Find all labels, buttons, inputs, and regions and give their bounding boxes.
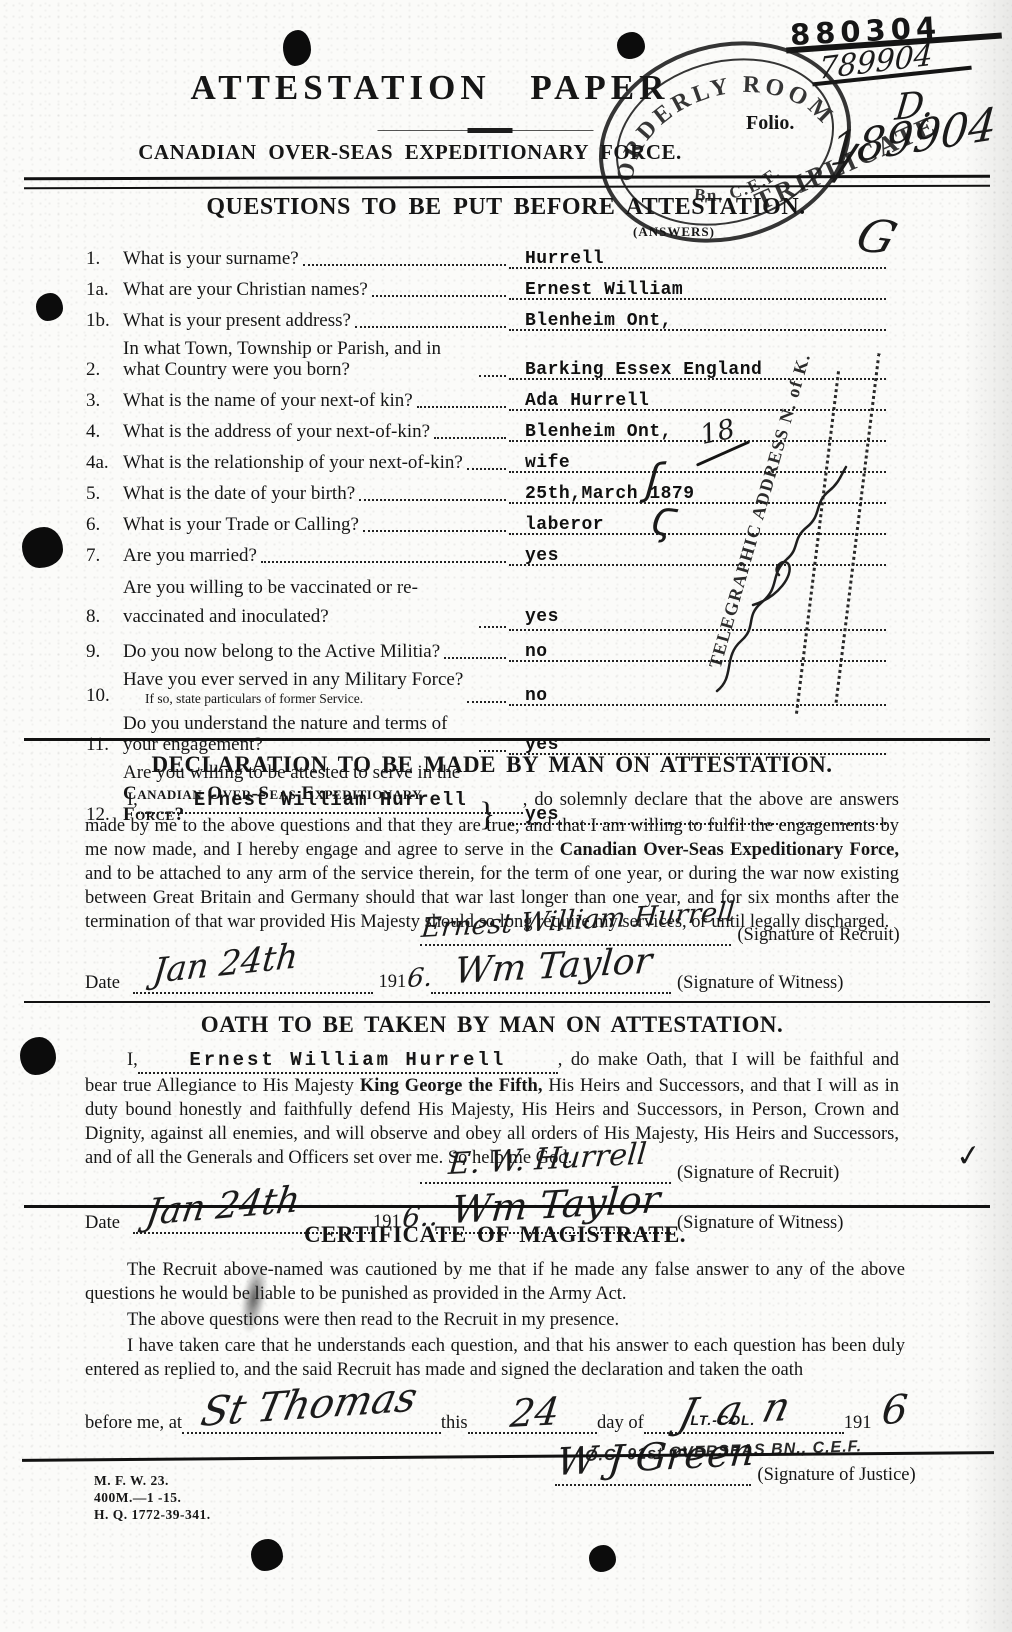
question-text: Are you married?: [123, 545, 257, 566]
answer-text: yes: [525, 546, 559, 567]
question-text: Do you now belong to the Active Militia?: [123, 641, 440, 662]
date-label: Date: [85, 973, 133, 994]
question-row: 1. What is your surname? Hurrell: [84, 245, 886, 269]
question-text: What is your present address?: [123, 310, 351, 331]
ink-blob: [283, 30, 311, 66]
form-code: 400M.—1 -15.: [94, 1489, 211, 1506]
answer-text: no: [525, 686, 548, 707]
answer-text: Blenheim Ont,: [525, 422, 672, 443]
day-handwritten: 24: [508, 1389, 562, 1436]
section-rule: [24, 1205, 990, 1208]
justice-signature-label: (Signature of Justice): [751, 1465, 979, 1486]
question-number: 9.: [84, 641, 123, 662]
form-code: H. Q. 1772-39-341.: [94, 1506, 211, 1523]
dotted-leader: [355, 326, 506, 328]
lead-in: I,: [85, 1050, 138, 1070]
dotted-leader: [359, 499, 506, 501]
check-mark: ✓: [954, 1138, 983, 1175]
svg-text:ORDERLY ROOM: ORDERLY ROOM: [592, 45, 843, 190]
recruit-typed-name: Ernest William Hurrell: [138, 1048, 558, 1074]
question-text: What are your Christian names?: [123, 279, 368, 300]
question-text: Have you ever served in any Military For…: [123, 669, 463, 706]
dotted-leader: [479, 375, 506, 377]
question-row: 2. In what Town, Township or Parish, and…: [84, 338, 886, 380]
question-text: Do you understand the nature and terms o…: [123, 713, 475, 755]
question-number: 1a.: [84, 279, 123, 300]
dotted-leader: [444, 657, 506, 659]
ink-blob: [617, 32, 645, 59]
declaration-body-bold: Canadian Over-Seas Expeditionary Force,: [560, 840, 899, 860]
ink-blob: [20, 1037, 56, 1075]
ink-blob: [589, 1545, 616, 1572]
question-number: 3.: [84, 390, 123, 411]
place-handwritten: St Thomas: [197, 1374, 421, 1436]
question-number: 10.: [84, 685, 123, 706]
question-text: In what Town, Township or Parish, and in…: [123, 338, 475, 380]
recruit-signature-line: E. W. Hurrell: [420, 1138, 671, 1184]
magistrate-heading: CERTIFICATE OF MAGISTRATE.: [85, 1222, 905, 1248]
witness-signature: Wm Taylor: [453, 941, 654, 992]
question-number: 7.: [84, 545, 123, 566]
question-text: Are you willing to be vaccinated or re-v…: [123, 573, 475, 631]
dotted-leader: [467, 468, 506, 470]
question-number: 1b.: [84, 310, 123, 331]
question-text: What is the name of your next-of kin?: [123, 390, 413, 411]
dotted-leader: [303, 264, 506, 266]
dotted-leader: [417, 406, 506, 408]
question-number: 4.: [84, 421, 123, 442]
oath-signature-block: E. W. Hurrell (Signature of Recruit) Dat…: [85, 1140, 899, 1234]
question-text: What is your Trade or Calling?: [123, 514, 359, 535]
recruit-signature: Ernest William Hurrell: [420, 897, 736, 944]
ink-blob: [251, 1539, 283, 1571]
witness-signature-line: Wm Taylor: [431, 944, 671, 994]
question-text: What is the address of your next-of-kin?: [123, 421, 430, 442]
answers-label: (ANSWERS): [633, 224, 715, 240]
question-row: 1b. What is your present address? Blenhe…: [84, 307, 886, 331]
lead-in: I,: [85, 790, 138, 810]
oath-body-bold: King George the Fifth,: [360, 1076, 543, 1096]
ink-blob: [22, 527, 63, 568]
declaration-heading: DECLARATION TO BE MADE BY MAN ON ATTESTA…: [85, 752, 899, 778]
form-code: M. F. W. 23.: [94, 1472, 211, 1489]
recruit-typed-name: Ernest William Hurrell: [138, 788, 523, 814]
answer-text: Ernest William: [525, 280, 683, 301]
stamp-top-text: ORDERLY ROOM: [592, 45, 843, 190]
dotted-leader: [467, 701, 506, 703]
magistrate-paragraph-3: I have taken care that he understands ea…: [85, 1334, 905, 1382]
question-row: 11. Do you understand the nature and ter…: [84, 713, 886, 755]
answer-text: no: [525, 642, 548, 663]
answer-text: Blenheim Ont,: [525, 311, 672, 332]
year-printed: 191: [844, 1413, 872, 1434]
attestation-paper-scan: ATTESTATION PAPER CANADIAN OVER-SEAS EXP…: [0, 0, 1012, 1632]
answer-text: Hurrell: [525, 249, 604, 270]
day-of-label: day of: [597, 1413, 644, 1434]
dotted-leader: [261, 561, 506, 563]
answer-text: wife: [525, 453, 570, 474]
question-text: What is the relationship of your next-of…: [123, 452, 463, 473]
recruit-signature-label: (Signature of Recruit): [671, 1163, 899, 1184]
question-number: 1.: [84, 248, 123, 269]
before-me-line: before me, at St Thomas this 24 day of J…: [85, 1382, 905, 1434]
year-handwritten: 6.: [406, 963, 434, 994]
witness-signature-label: (Signature of Witness): [671, 973, 899, 994]
before-me-label: before me, at: [85, 1413, 182, 1434]
year-handwritten: 6: [880, 1387, 910, 1434]
ink-blob: [36, 293, 63, 321]
oath-heading: OATH TO BE TAKEN BY MAN ON ATTESTATION.: [85, 1012, 899, 1038]
questions-heading: QUESTIONS TO BE PUT BEFORE ATTESTATION.: [0, 194, 1012, 221]
dotted-leader: [372, 295, 506, 297]
title-divider: [373, 128, 598, 133]
this-label: this: [441, 1413, 468, 1434]
orderly-room-stamp: ORDERLY ROOM Bn. C.E.F.: [568, 5, 881, 278]
answer-text: Barking Essex England: [525, 360, 762, 381]
answer-text: laberor: [525, 515, 604, 536]
lt-col-stamp: LT.-COL.: [690, 1412, 755, 1428]
question-note: If so, state particulars of former Servi…: [123, 691, 463, 706]
section-rule: [24, 738, 990, 741]
section-rule: [24, 1001, 990, 1003]
question-number: 4a.: [84, 452, 123, 473]
question-number: 2.: [84, 359, 123, 380]
question-row: 1a. What are your Christian names? Ernes…: [84, 276, 886, 300]
question-number: 8.: [84, 602, 123, 631]
question-text: What is the date of your birth?: [123, 483, 355, 504]
dotted-leader: [434, 437, 506, 439]
dotted-leader: [363, 530, 506, 532]
year-printed: 191: [378, 972, 406, 992]
recruit-signature-label: (Signature of Recruit): [731, 925, 959, 946]
answer-text: Ada Hurrell: [525, 391, 649, 412]
place-line: St Thomas: [182, 1432, 441, 1434]
question-number: 5.: [84, 483, 123, 504]
magistrate-paragraph-1: The Recruit above-named was cautioned by…: [85, 1258, 905, 1306]
answer-text: yes: [525, 603, 559, 632]
recruit-signature: E. W. Hurrell: [447, 1137, 648, 1182]
question-text: What is your surname?: [123, 248, 299, 269]
recruit-signature-line: Ernest William Hurrell: [420, 898, 731, 946]
dotted-leader: [479, 626, 506, 628]
date-line: Jan 24th: [133, 992, 373, 994]
question-number: 6.: [84, 514, 123, 535]
magistrate-paragraph-2: The above questions were then read to th…: [85, 1308, 905, 1332]
declaration-signature-block: Ernest William Hurrell (Signature of Rec…: [85, 900, 899, 994]
question-main: Have you ever served in any Military For…: [123, 669, 463, 690]
form-codes: M. F. W. 23. 400M.—1 -15. H. Q. 1772-39-…: [94, 1472, 211, 1523]
